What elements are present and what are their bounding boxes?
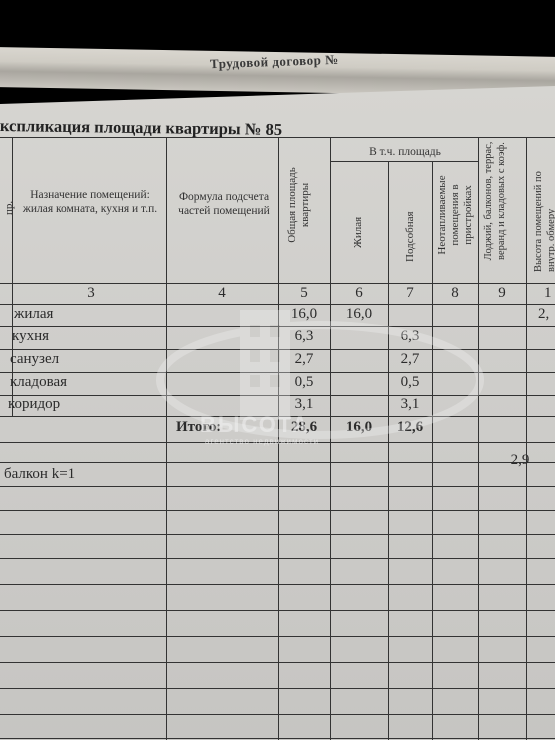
col-number: 9 [478, 285, 526, 302]
col-divider [526, 137, 527, 740]
header-col1-rotated: пр. [3, 201, 16, 215]
col-divider [432, 161, 433, 740]
auxiliary-area: 3,1 [388, 396, 432, 413]
totals-auxiliary-area: 12,6 [388, 419, 432, 436]
header-room-purpose: Назначение помещений: жилая комната, кух… [16, 188, 164, 216]
total-area: 6,3 [278, 328, 330, 345]
col-number: 5 [278, 285, 330, 302]
auxiliary-area: 2,7 [388, 351, 432, 368]
room-name: кухня [12, 328, 49, 345]
room-height: 2, [538, 306, 549, 323]
col-divider [166, 137, 167, 740]
header-formula: Формула подсчета частей помещений [172, 190, 276, 218]
header-living: Жилая [352, 217, 365, 248]
balcony-area: 2,9 [496, 452, 544, 469]
total-area: 16,0 [278, 306, 330, 323]
total-area: 3,1 [278, 396, 330, 413]
col-divider [330, 137, 331, 740]
col-number: 8 [432, 285, 478, 302]
auxiliary-area: 6,3 [388, 328, 432, 345]
totals-living-area: 16,0 [330, 419, 388, 436]
room-name: жилая [14, 306, 53, 323]
header-total-area: Общая площадь квартиры [286, 150, 312, 260]
table-grid [0, 0, 555, 740]
col-divider [388, 161, 389, 740]
living-area: 16,0 [330, 306, 388, 323]
col-number: 1 [544, 285, 552, 302]
room-name: коридор [8, 396, 60, 413]
total-area: 0,5 [278, 374, 330, 391]
col-number: 6 [330, 285, 388, 302]
col-divider [478, 137, 479, 740]
col-number: 3 [16, 285, 166, 302]
auxiliary-area: 0,5 [388, 374, 432, 391]
col-number: 7 [388, 285, 432, 302]
room-name: кладовая [10, 374, 67, 391]
room-name: санузел [10, 351, 59, 368]
header-room-height: Высота помещений по внутр. обмеру [532, 142, 555, 272]
total-area: 2,7 [278, 351, 330, 368]
col-number: 4 [166, 285, 278, 302]
header-group-incl-area: В т.ч. площадь [332, 145, 478, 159]
header-auxiliary: Подсобная [404, 211, 417, 262]
watermark-brand: ВЫСОТА [200, 412, 310, 438]
watermark-subtitle: агентство недвижимости [205, 437, 319, 446]
balcony-name: балкон k=1 [4, 466, 75, 483]
header-unheated: Неотапливаемые помещения в пристройках [436, 160, 475, 270]
header-loggias: Лоджий, балконов, террас, веранд и кладо… [482, 136, 508, 266]
